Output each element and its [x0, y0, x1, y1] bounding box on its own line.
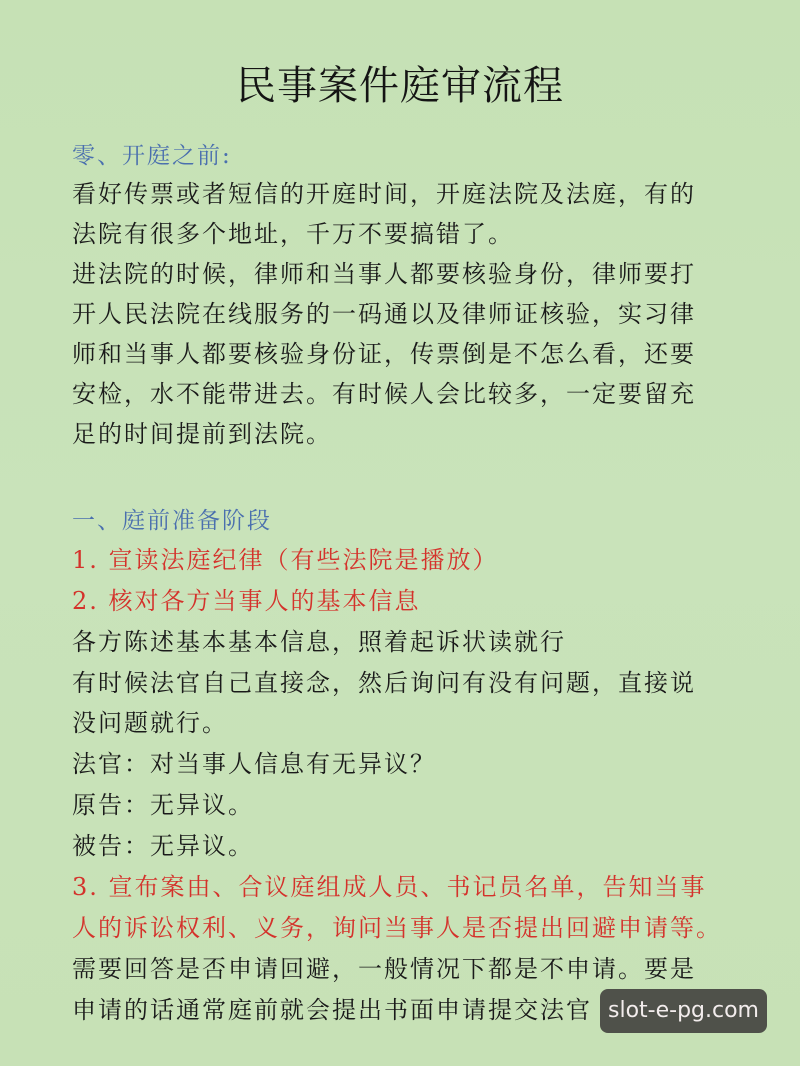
- step-2-note: 有时候法官自己直接念，然后询问有没有问题，直接说: [72, 668, 696, 698]
- paragraph-line: 师和当事人都要核验身份证，传票倒是不怎么看，还要: [72, 339, 696, 369]
- page-title: 民事案件庭审流程: [0, 60, 800, 112]
- paragraph-line: 开人民法院在线服务的一码通以及律师证核验，实习律: [72, 299, 696, 329]
- paragraph-line: 看好传票或者短信的开庭时间，开庭法院及法庭，有的: [72, 179, 696, 209]
- section-heading-before-hearing: 零、开庭之前:: [72, 141, 232, 171]
- document-page: 民事案件庭审流程 零、开庭之前: 看好传票或者短信的开庭时间，开庭法院及法庭，有…: [0, 0, 800, 1066]
- dialogue-plaintiff: 原告：无异议。: [72, 790, 254, 820]
- step-3-note: 申请的话通常庭前就会提出书面申请提交法官: [72, 995, 592, 1025]
- step-2-note: 各方陈述基本基本信息，照着起诉状读就行: [72, 627, 566, 657]
- step-1-label: 1. 宣读法庭纪律（有些法院是播放）: [72, 545, 499, 575]
- step-2-note: 没问题就行。: [72, 708, 228, 738]
- paragraph-line: 进法院的时候，律师和当事人都要核验身份，律师要打: [72, 259, 696, 289]
- paragraph-line: 安检，水不能带进去。有时候人会比较多，一定要留充: [72, 379, 696, 409]
- paragraph-line: 法院有很多个地址，千万不要搞错了。: [72, 219, 514, 249]
- step-3-label: 人的诉讼权利、义务，询问当事人是否提出回避申请等。: [72, 913, 722, 943]
- section-heading-pretrial: 一、庭前准备阶段: [72, 506, 272, 536]
- paragraph-line: 足的时间提前到法院。: [72, 419, 332, 449]
- watermark-badge: slot-e-pg.com: [600, 989, 767, 1033]
- dialogue-judge: 法官：对当事人信息有无异议？: [72, 749, 436, 779]
- dialogue-defendant: 被告：无异议。: [72, 831, 254, 861]
- step-3-note: 需要回答是否申请回避，一般情况下都是不申请。要是: [72, 954, 696, 984]
- step-2-label: 2. 核对各方当事人的基本信息: [72, 586, 421, 616]
- step-3-label: 3. 宣布案由、合议庭组成人员、书记员名单，告知当事: [72, 872, 707, 902]
